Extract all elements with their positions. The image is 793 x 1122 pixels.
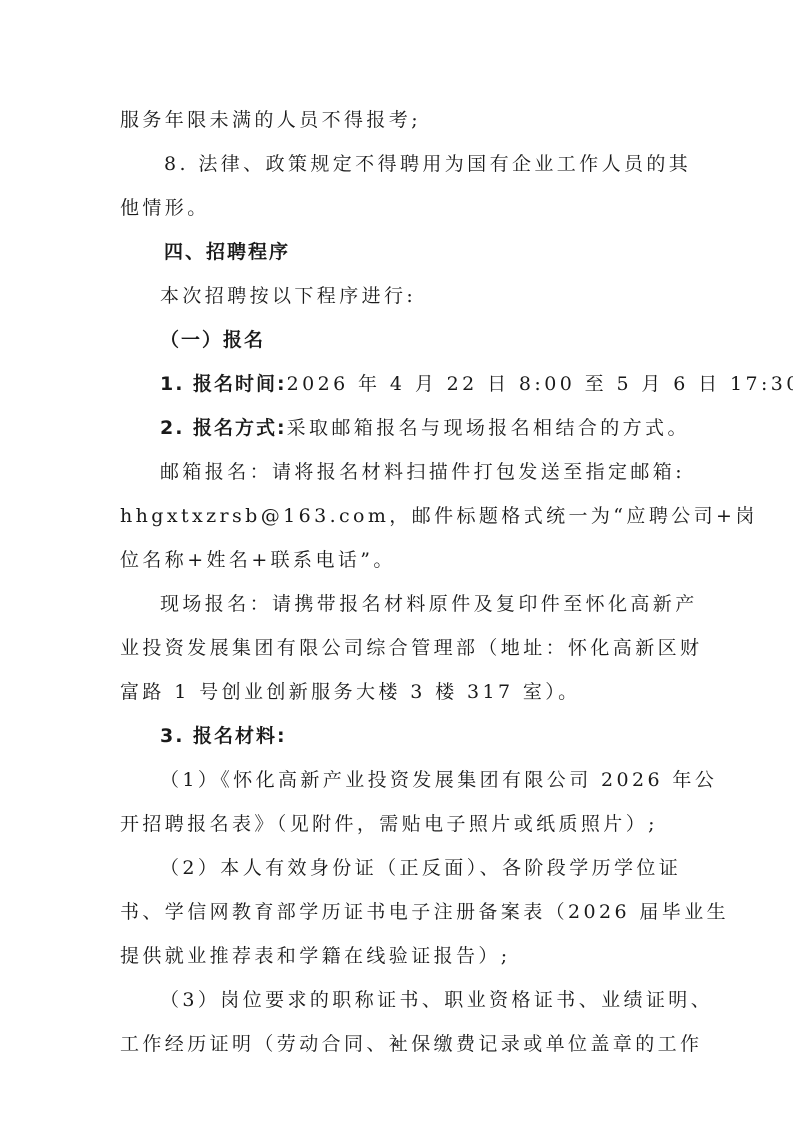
- email-registration-line: 邮箱报名：请将报名材料扫描件打包发送至指定邮箱:: [120, 450, 672, 494]
- email-registration-line: 位名称+姓名+联系电话”。: [120, 538, 672, 582]
- paragraph-line: 8. 法律、政策规定不得聘用为国有企业工作人员的其: [120, 142, 672, 186]
- materials-item-line: （2）本人有效身份证（正反面）、各阶段学历学位证: [120, 846, 672, 890]
- onsite-registration-line: 富路 1 号创业创新服务大楼 3 楼 317 室）。: [120, 670, 672, 714]
- onsite-registration-line: 现场报名：请携带报名材料原件及复印件至怀化高新产: [120, 582, 672, 626]
- registration-time-value: 2026 年 4 月 22 日 8:00 至 5 月 6 日 17:30。: [287, 373, 793, 395]
- materials-item-line: （1）《怀化高新产业投资发展集团有限公司 2026 年公: [120, 758, 672, 802]
- registration-time-label: 1. 报名时间:: [160, 373, 287, 395]
- section-intro: 本次招聘按以下程序进行:: [120, 274, 672, 318]
- onsite-registration-line: 业投资发展集团有限公司综合管理部（地址：怀化高新区财: [120, 626, 672, 670]
- registration-method: 2. 报名方式:采取邮箱报名与现场报名相结合的方式。: [120, 406, 672, 450]
- materials-item-line: 开招聘报名表》（见附件，需贴电子照片或纸质照片）;: [120, 802, 672, 846]
- email-registration-line: hhgxtxzrsb@163.com，邮件标题格式统一为“应聘公司+岗: [120, 494, 672, 538]
- materials-item-line: （3）岗位要求的职称证书、职业资格证书、业绩证明、: [120, 978, 672, 1022]
- page-number: 4: [0, 1038, 793, 1051]
- registration-method-value: 采取邮箱报名与现场报名相结合的方式。: [287, 417, 690, 439]
- registration-method-label: 2. 报名方式:: [160, 417, 287, 439]
- registration-time: 1. 报名时间:2026 年 4 月 22 日 8:00 至 5 月 6 日 1…: [120, 362, 672, 406]
- materials-item-line: 提供就业推荐表和学籍在线验证报告）;: [120, 934, 672, 978]
- materials-item-line: 书、学信网教育部学历证书电子注册备案表（2026 届毕业生: [120, 890, 672, 934]
- materials-heading: 3. 报名材料:: [120, 714, 672, 758]
- subsection-heading: （一）报名: [120, 318, 672, 362]
- paragraph-line: 服务年限未满的人员不得报考;: [120, 98, 672, 142]
- section-heading: 四、招聘程序: [120, 230, 672, 274]
- document-page: 服务年限未满的人员不得报考; 8. 法律、政策规定不得聘用为国有企业工作人员的其…: [120, 98, 672, 1066]
- paragraph-line: 他情形。: [120, 186, 672, 230]
